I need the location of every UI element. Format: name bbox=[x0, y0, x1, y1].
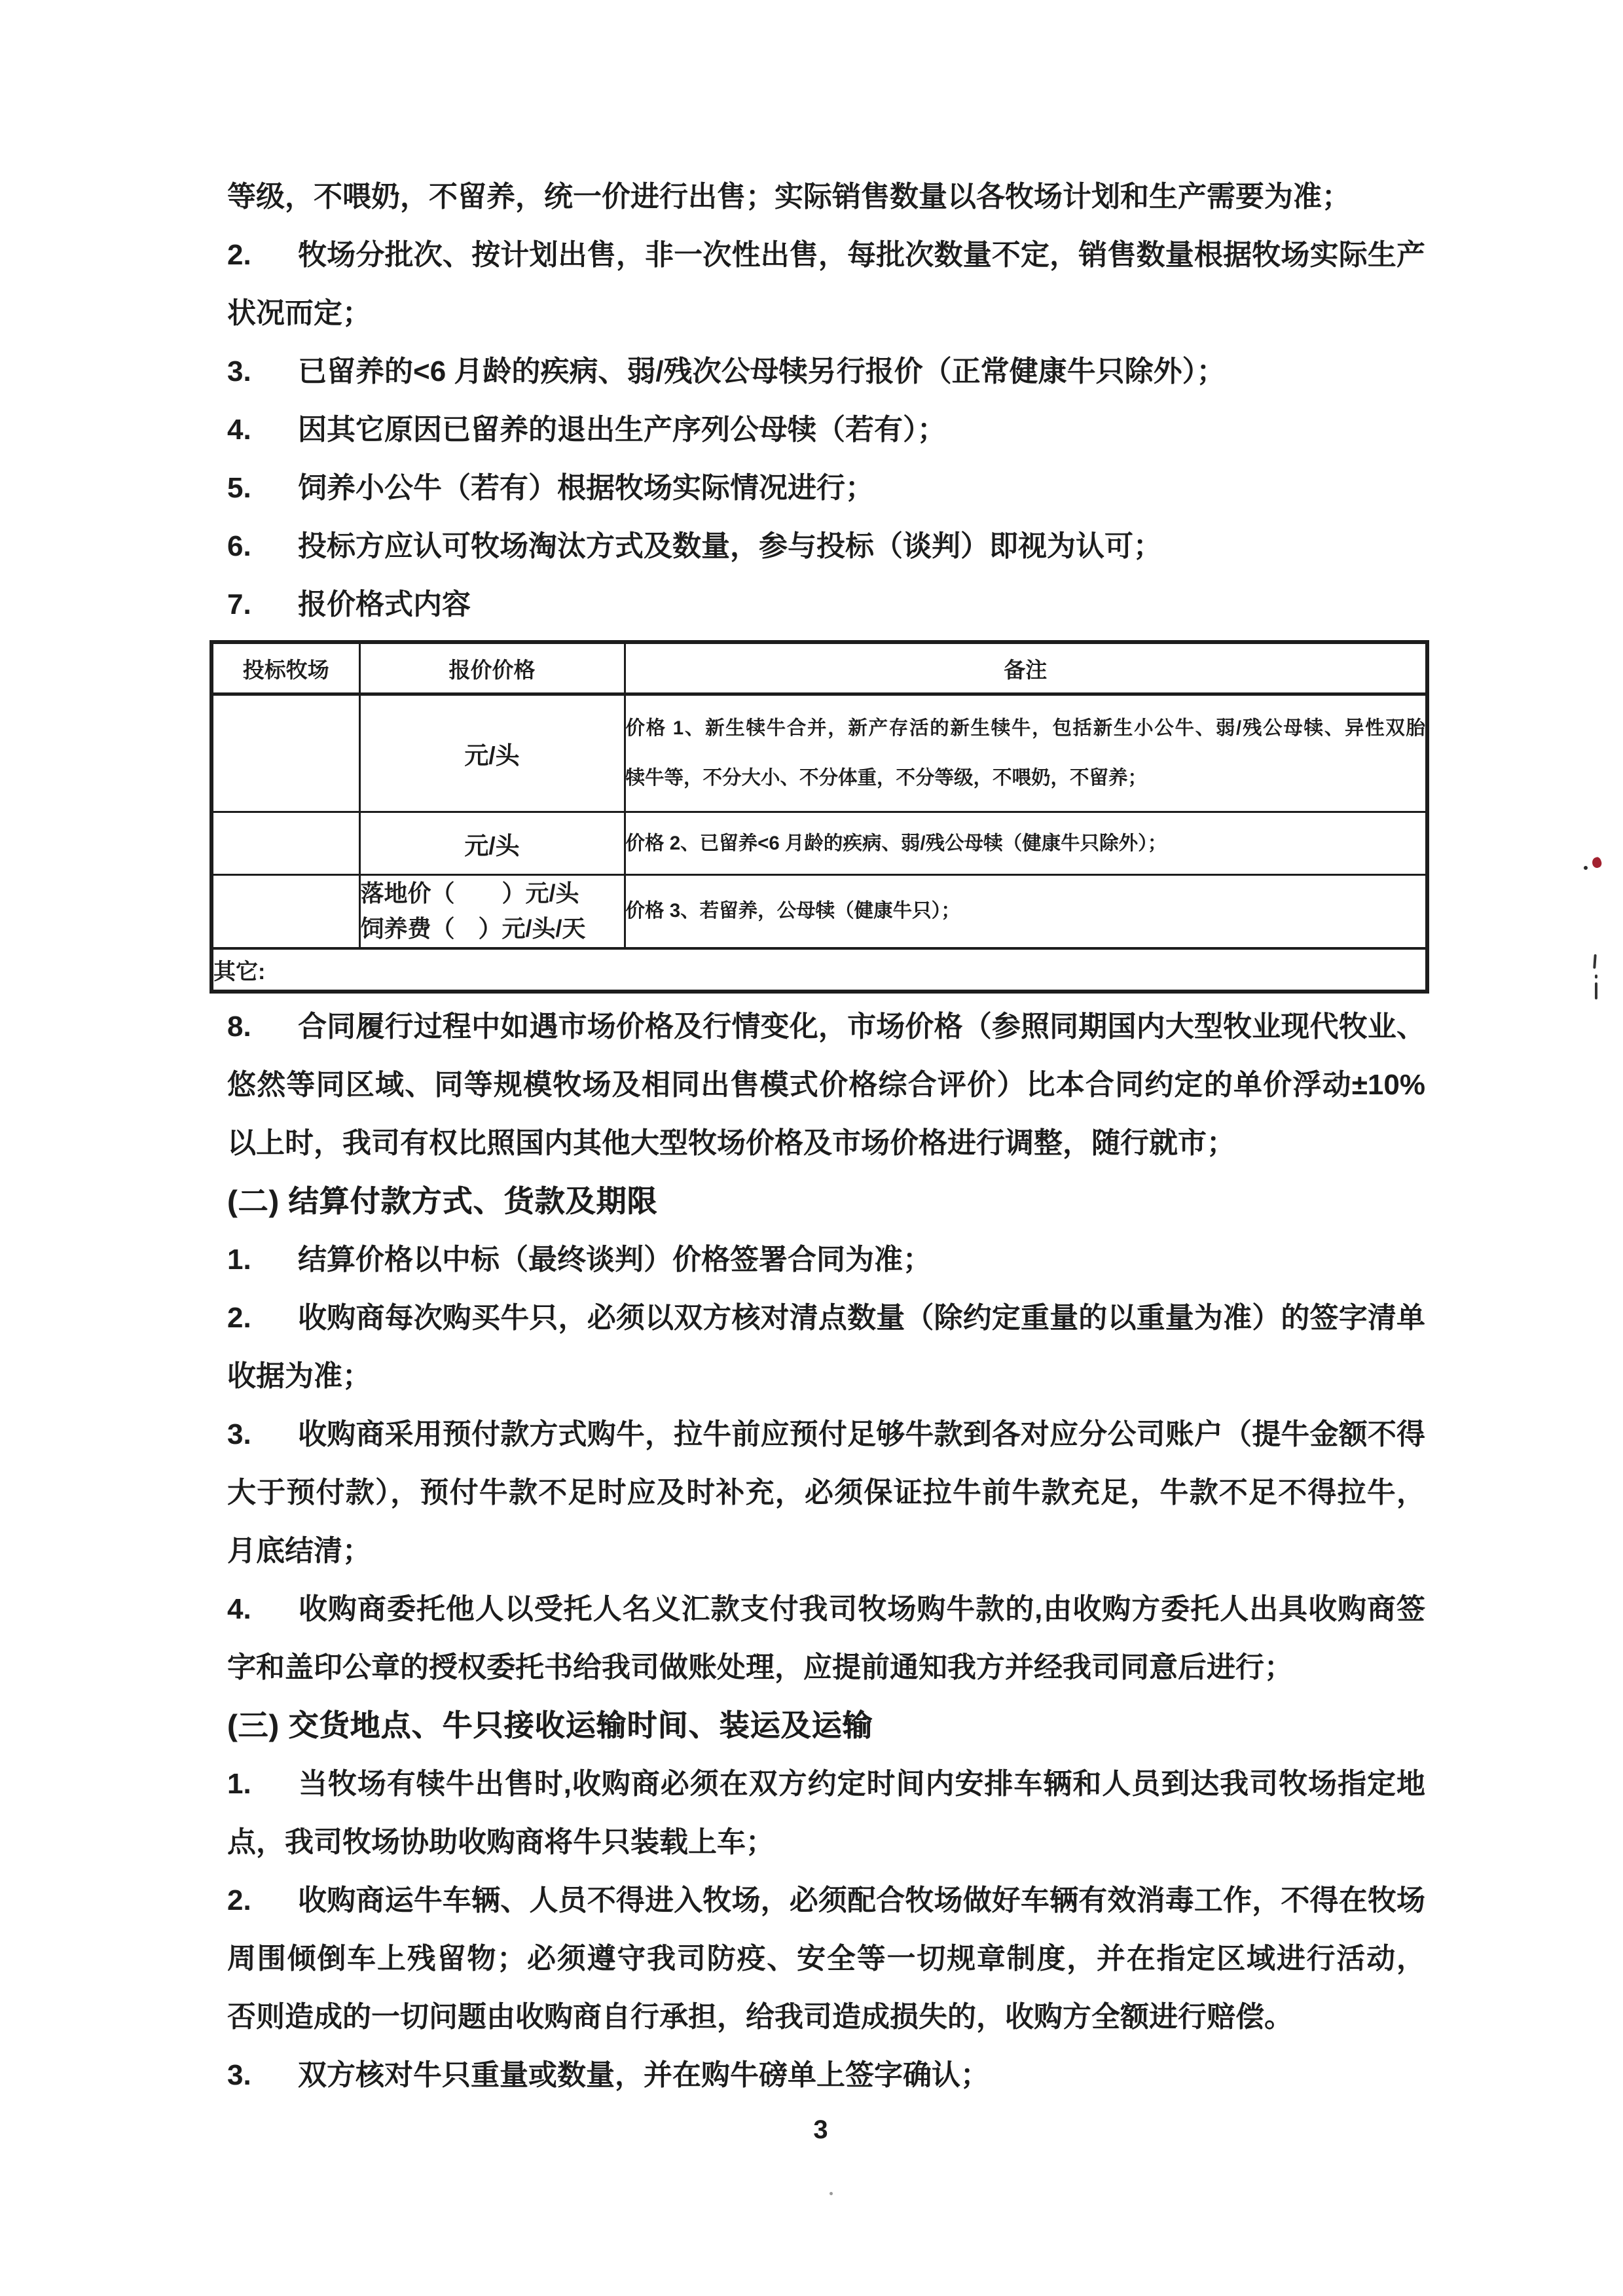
text-line: 1.结算价格以中标（最终谈判）价格签署合同为准； bbox=[227, 1230, 1425, 1289]
table-row-price-3: 落地价（ ）元/头 饲养费（ ）元/头/天 价格 3、若留养，公母犊（健康牛只）… bbox=[211, 875, 1427, 948]
text-line: 状况而定； bbox=[227, 284, 1425, 342]
item-number: 4. bbox=[227, 401, 298, 459]
farm-cell-empty bbox=[211, 875, 359, 948]
text-line: 大于预付款），预付牛款不足时应及时补充，必须保证拉牛前牛款充足，牛款不足不得拉牛… bbox=[227, 1463, 1425, 1522]
item-text: 当牧场有犊牛出售时,收购商必须在双方约定时间内安排车辆和人员到达我司牧场指定地 bbox=[298, 1768, 1425, 1800]
item-number: 2. bbox=[227, 226, 298, 284]
remark-line: 价格 3、若留养，公母犊（健康牛只）； bbox=[626, 886, 1426, 936]
item-text: 收购商采用预付款方式购牛，拉牛前应预付足够牛款到各对应分公司账户（提牛金额不得 bbox=[298, 1418, 1425, 1450]
farm-cell-empty bbox=[211, 812, 359, 875]
item-text: 双方核对牛只重量或数量，并在购牛磅单上签字确认； bbox=[298, 2059, 989, 2091]
scan-artifact-speck bbox=[830, 2192, 833, 2195]
item-text: 已留养的<6 月龄的疾病、弱/残次公母犊另行报价（正常健康牛只除外）； bbox=[298, 355, 1226, 387]
item-text: 结算价格以中标（最终谈判）价格签署合同为准； bbox=[298, 1244, 932, 1276]
table-row-price-2: 元/头 价格 2、已留养<6 月龄的疾病、弱/残公母犊（健康牛只除外）； bbox=[211, 812, 1427, 875]
item-number: 1. bbox=[227, 1755, 298, 1813]
text-line: 2.收购商每次购买牛只，必须以双方核对清点数量（除约定重量的以重量为准）的签字清… bbox=[227, 1289, 1425, 1347]
header-bidding-farm: 投标牧场 bbox=[211, 642, 359, 694]
table-row-price-1: 元/头 价格 1、新生犊牛合并，新产存活的新生犊牛，包括新生小公牛、弱/残公母犊… bbox=[211, 694, 1427, 812]
text-line: 以上时，我司有权比照国内其他大型牧场价格及市场价格进行调整，随行就市； bbox=[227, 1114, 1425, 1172]
item-number: 3. bbox=[227, 1405, 298, 1463]
scan-artifact-dot bbox=[1584, 866, 1588, 870]
item-number: 2. bbox=[227, 1871, 298, 1929]
text-line: 悠然等同区域、同等规模牧场及相同出售模式价格综合评价）比本合同约定的单价浮动±1… bbox=[227, 1056, 1425, 1114]
item-number: 1. bbox=[227, 1230, 298, 1289]
text-line: 8.合同履行过程中如遇市场价格及行情变化，市场价格（参照同期国内大型牧业现代牧业… bbox=[227, 997, 1425, 1056]
item-number: 8. bbox=[227, 997, 298, 1056]
item-text: 合同履行过程中如遇市场价格及行情变化，市场价格（参照同期国内大型牧业现代牧业、 bbox=[298, 1011, 1425, 1043]
item-number: 5. bbox=[227, 459, 298, 517]
remark-cell: 价格 2、已留养<6 月龄的疾病、弱/残公母犊（健康牛只除外）； bbox=[625, 812, 1427, 875]
text-line: 字和盖印公章的授权委托书给我司做账处理，应提前通知我方并经我司同意后进行； bbox=[227, 1638, 1425, 1696]
header-quote-price: 报价价格 bbox=[359, 642, 625, 694]
list-item-4: 4.因其它原因已留养的退出生产序列公母犊（若有）； bbox=[227, 401, 1425, 459]
other-label-cell: 其它: bbox=[211, 948, 1427, 992]
remark-cell: 价格 3、若留养，公母犊（健康牛只）； bbox=[625, 875, 1427, 948]
text-line: 2.牧场分批次、按计划出售，非一次性出售，每批次数量不定，销售数量根据牧场实际生… bbox=[227, 226, 1425, 284]
item-text: 收购商委托他人以受托人名义汇款支付我司牧场购牛款的,由收购方委托人出具收购商签 bbox=[298, 1593, 1425, 1625]
remark-cell: 价格 1、新生犊牛合并，新产存活的新生犊牛，包括新生小公牛、弱/残公母犊、异性双… bbox=[625, 694, 1427, 812]
feeding-fee-line: 饲养费（ ）元/头/天 bbox=[361, 911, 624, 946]
list-item-7: 7.报价格式内容 bbox=[227, 575, 1425, 634]
item-text: 饲养小公牛（若有）根据牧场实际情况进行； bbox=[298, 472, 874, 504]
item-text: 收购商每次购买牛只，必须以双方核对清点数量（除约定重量的以重量为准）的签字清单 bbox=[298, 1302, 1425, 1334]
item-text: 牧场分批次、按计划出售，非一次性出售，每批次数量不定，销售数量根据牧场实际生产 bbox=[298, 239, 1425, 271]
text-line: 5.饲养小公牛（若有）根据牧场实际情况进行； bbox=[227, 459, 1425, 517]
text-line: 1.当牧场有犊牛出售时,收购商必须在双方约定时间内安排车辆和人员到达我司牧场指定… bbox=[227, 1755, 1425, 1813]
section-heading-payment: (二) 结算付款方式、货款及期限 bbox=[227, 1172, 1425, 1230]
table-row-other: 其它: bbox=[211, 948, 1427, 992]
text-line: 3.双方核对牛只重量或数量，并在购牛磅单上签字确认； bbox=[227, 2046, 1425, 2104]
body-text: 等级，不喂奶，不留养，统一价进行出售；实际销售数量以各牧场计划和生产需要为准； … bbox=[227, 168, 1425, 2104]
text-line: 3.已留养的<6 月龄的疾病、弱/残次公母犊另行报价（正常健康牛只除外）； bbox=[227, 342, 1425, 401]
text-line: 4.收购商委托他人以受托人名义汇款支付我司牧场购牛款的,由收购方委托人出具收购商… bbox=[227, 1580, 1425, 1638]
remark-line: 犊牛等，不分大小、不分体重，不分等级，不喂奶，不留养； bbox=[626, 753, 1426, 803]
header-remarks: 备注 bbox=[625, 642, 1427, 694]
remark-line: 价格 2、已留养<6 月龄的疾病、弱/残公母犊（健康牛只除外）； bbox=[626, 819, 1426, 869]
list-item-8: 8.合同履行过程中如遇市场价格及行情变化，市场价格（参照同期国内大型牧业现代牧业… bbox=[227, 997, 1425, 1172]
scan-artifact-dash bbox=[1595, 982, 1597, 999]
text-line: 等级，不喂奶，不留养，统一价进行出售；实际销售数量以各牧场计划和生产需要为准； bbox=[227, 168, 1425, 226]
paragraph-continuation: 等级，不喂奶，不留养，统一价进行出售；实际销售数量以各牧场计划和生产需要为准； bbox=[227, 168, 1425, 226]
pricing-table: 投标牧场 报价价格 备注 元/头 价格 1、新生犊牛合并，新产存活的新生犊牛，包… bbox=[210, 640, 1429, 994]
document-page: 等级，不喂奶，不留养，统一价进行出售；实际销售数量以各牧场计划和生产需要为准； … bbox=[0, 0, 1623, 2296]
payment-item-1: 1.结算价格以中标（最终谈判）价格签署合同为准； bbox=[227, 1230, 1425, 1289]
item-number: 2. bbox=[227, 1289, 298, 1347]
remark-line: 价格 1、新生犊牛合并，新产存活的新生犊牛，包括新生小公牛、弱/残公母犊、异性双… bbox=[626, 704, 1426, 753]
text-line: 否则造成的一切问题由收购商自行承担，给我司造成损失的，收购方全额进行赔偿。 bbox=[227, 1988, 1425, 2046]
scan-artifact-dot bbox=[1595, 975, 1597, 978]
page-number: 3 bbox=[0, 2111, 1623, 2148]
list-item-2: 2.牧场分批次、按计划出售，非一次性出售，每批次数量不定，销售数量根据牧场实际生… bbox=[227, 226, 1425, 342]
scan-artifact-dash bbox=[1593, 954, 1597, 969]
list-item-5: 5.饲养小公牛（若有）根据牧场实际情况进行； bbox=[227, 459, 1425, 517]
text-line: 点，我司牧场协助收购商将牛只装载上车； bbox=[227, 1813, 1425, 1871]
scan-artifact-red-mark bbox=[1591, 856, 1603, 869]
payment-item-4: 4.收购商委托他人以受托人名义汇款支付我司牧场购牛款的,由收购方委托人出具收购商… bbox=[227, 1580, 1425, 1696]
item-number: 3. bbox=[227, 2046, 298, 2104]
delivery-item-2: 2.收购商运牛车辆、人员不得进入牧场，必须配合牧场做好车辆有效消毒工作，不得在牧… bbox=[227, 1871, 1425, 2046]
item-number: 4. bbox=[227, 1580, 298, 1638]
text-line: 6.投标方应认可牧场淘汰方式及数量，参与投标（谈判）即视为认可； bbox=[227, 517, 1425, 575]
farm-cell-empty bbox=[211, 694, 359, 812]
text-line: 2.收购商运牛车辆、人员不得进入牧场，必须配合牧场做好车辆有效消毒工作，不得在牧… bbox=[227, 1871, 1425, 1929]
section-heading-delivery: (三) 交货地点、牛只接收运输时间、装运及运输 bbox=[227, 1696, 1425, 1755]
item-text: 报价格式内容 bbox=[298, 588, 471, 620]
payment-item-2: 2.收购商每次购买牛只，必须以双方核对清点数量（除约定重量的以重量为准）的签字清… bbox=[227, 1289, 1425, 1405]
text-line: 周围倾倒车上残留物；必须遵守我司防疫、安全等一切规章制度，并在指定区域进行活动， bbox=[227, 1929, 1425, 1988]
price-unit-cell: 元/头 bbox=[359, 812, 625, 875]
delivery-item-1: 1.当牧场有犊牛出售时,收购商必须在双方约定时间内安排车辆和人员到达我司牧场指定… bbox=[227, 1755, 1425, 1871]
item-number: 6. bbox=[227, 517, 298, 575]
item-text: 收购商运牛车辆、人员不得进入牧场，必须配合牧场做好车辆有效消毒工作，不得在牧场 bbox=[298, 1884, 1425, 1916]
delivery-item-3: 3.双方核对牛只重量或数量，并在购牛磅单上签字确认； bbox=[227, 2046, 1425, 2104]
item-text: 投标方应认可牧场淘汰方式及数量，参与投标（谈判）即视为认可； bbox=[298, 530, 1162, 562]
list-item-6: 6.投标方应认可牧场淘汰方式及数量，参与投标（谈判）即视为认可； bbox=[227, 517, 1425, 575]
text-line: 4.因其它原因已留养的退出生产序列公母犊（若有）； bbox=[227, 401, 1425, 459]
payment-item-3: 3.收购商采用预付款方式购牛，拉牛前应预付足够牛款到各对应分公司账户（提牛金额不… bbox=[227, 1405, 1425, 1580]
heading-text: (二) 结算付款方式、货款及期限 bbox=[227, 1172, 1425, 1230]
item-number: 3. bbox=[227, 342, 298, 401]
landing-price-line: 落地价（ ）元/头 bbox=[361, 876, 624, 911]
price-composite-cell: 落地价（ ）元/头 饲养费（ ）元/头/天 bbox=[359, 875, 625, 948]
text-line: 7.报价格式内容 bbox=[227, 575, 1425, 634]
text-line: 月底结清； bbox=[227, 1522, 1425, 1580]
text-line: 3.收购商采用预付款方式购牛，拉牛前应预付足够牛款到各对应分公司账户（提牛金额不… bbox=[227, 1405, 1425, 1463]
list-item-3: 3.已留养的<6 月龄的疾病、弱/残次公母犊另行报价（正常健康牛只除外）； bbox=[227, 342, 1425, 401]
heading-text: (三) 交货地点、牛只接收运输时间、装运及运输 bbox=[227, 1696, 1425, 1755]
item-text: 因其它原因已留养的退出生产序列公母犊（若有）； bbox=[298, 414, 946, 446]
table-header-row: 投标牧场 报价价格 备注 bbox=[211, 642, 1427, 694]
item-number: 7. bbox=[227, 575, 298, 634]
price-unit-cell: 元/头 bbox=[359, 694, 625, 812]
text-line: 收据为准； bbox=[227, 1347, 1425, 1405]
